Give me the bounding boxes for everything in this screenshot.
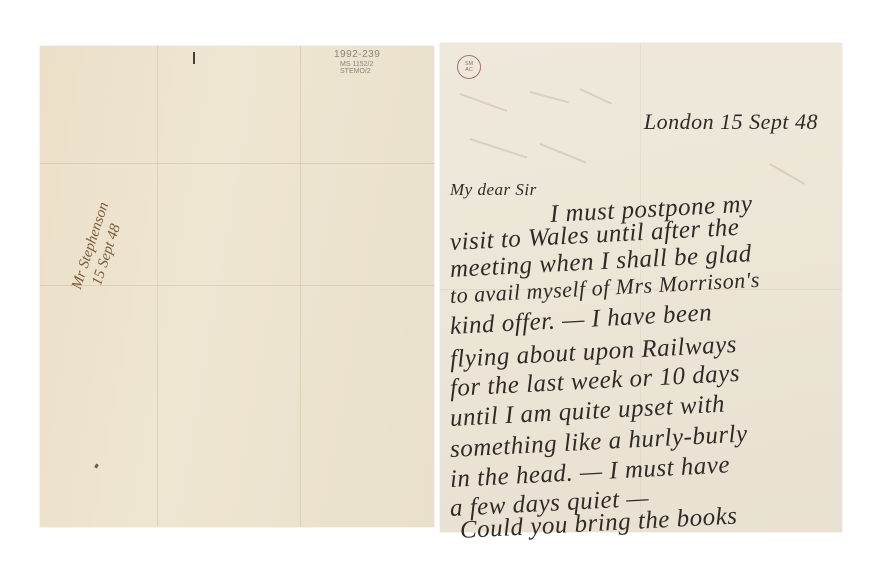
docket-endorsement: Mr Stephenson 15 Sept 48 [68, 162, 146, 298]
fold-line [40, 163, 434, 164]
show-through-stroke [530, 91, 569, 103]
show-through-stroke [540, 143, 587, 163]
fold-line [157, 46, 158, 527]
letter-right-page: SM AC London 15 Sept 48 My dear Sir I mu… [440, 43, 842, 532]
archive-reference-number: 1992-239 [334, 50, 404, 61]
letter-left-page: 1992-239 MS 1152/2 STEMO/2 Mr Stephenson… [40, 46, 434, 527]
fold-line [300, 46, 301, 527]
show-through-stroke [460, 93, 507, 112]
salutation: My dear Sir [450, 180, 537, 200]
archive-reference: 1992-239 MS 1152/2 STEMO/2 [334, 50, 404, 75]
show-through-stroke [770, 163, 805, 184]
place-and-date: London 15 Sept 48 [644, 109, 818, 135]
archive-reference-ms: MS 1152/2 [334, 61, 404, 68]
show-through-stroke [580, 88, 612, 104]
stamp-bottom-text: AC [465, 67, 473, 73]
show-through-stroke [470, 138, 528, 158]
ink-mark [193, 52, 195, 64]
archive-reference-code: STEMO/2 [334, 68, 404, 75]
museum-stamp: SM AC [457, 55, 481, 79]
ink-speck [94, 464, 99, 469]
